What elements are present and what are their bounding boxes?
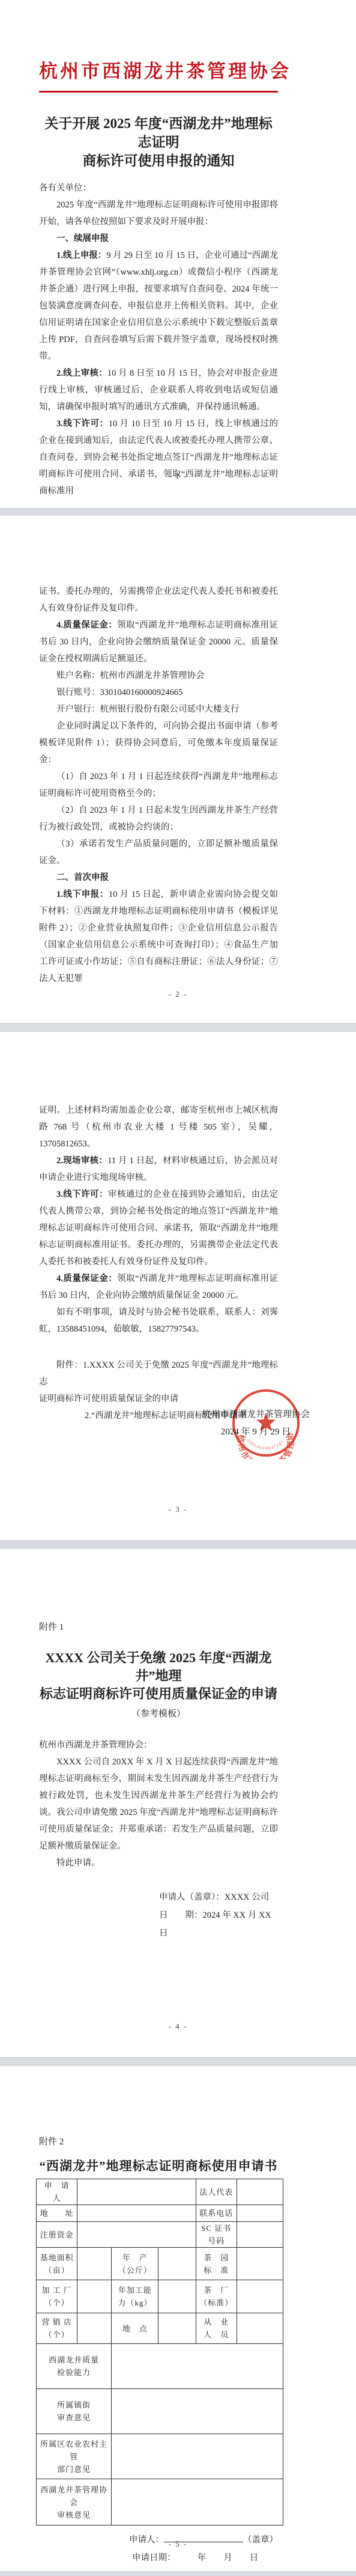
field-label-district-opinion: 所属区农业农村主管部门意见 — [37, 2434, 112, 2479]
first-time-item-2-label: 2.现场审核： — [56, 1156, 107, 1166]
official-seal: 杭州市西湖龙井茶管理协会 33010610037347 — [230, 1387, 302, 1459]
letterhead-divider — [39, 91, 278, 93]
field-value-phone — [237, 2205, 283, 2222]
field-value-factories — [77, 2280, 112, 2313]
field-label-base-area: 基地面积（亩） — [37, 2248, 77, 2280]
renewal-item-1-text: 9 月 29 日至 10 月 15 日，企业可通过“西湖龙井茶管理协会官网”（w… — [39, 251, 278, 361]
notice-title-line-2: 商标许可使用申报的通知 — [39, 151, 278, 170]
seal-number-text: 33010610037347 — [246, 1439, 285, 1451]
first-time-item-1: 1.线下申报：10 月 15 日起，新申请企业需向协会提交如下材料：①西湖龙井地… — [39, 886, 278, 987]
page-number-2: - 2 - — [0, 990, 356, 999]
field-label-factory-standard: 茶 厂（标准） — [196, 2280, 237, 2313]
field-label-quality-inspection-line2: 检验能力 — [38, 2366, 110, 2379]
attachment-1-title: XXXX 公司关于免缴 2025 年度“西湖龙井”地理 标志证明商标许可使用质量… — [39, 1649, 278, 1703]
document-page-1: 杭州市西湖龙井茶管理协会 关于开展 2025 年度“西湖龙井”地理标志证明 商标… — [0, 0, 356, 508]
form-date-line: 申请日期： 年 月 日 — [132, 2550, 278, 2566]
attachment-1-closing: 特此申请。 — [39, 1855, 278, 1871]
attachment-list-line-1: 附件：1.XXXX 公司关于免缴 2025 年度“西湖龙井”地理标志 — [39, 1357, 278, 1390]
first-time-item-4-label: 4.质量保证金： — [56, 1274, 117, 1283]
field-label-processing-capacity-line2: 力（kg） — [113, 2296, 157, 2309]
field-label-legal-rep: 法人代表 — [196, 2179, 237, 2205]
field-label-factory-standard-line2: （标准） — [198, 2296, 235, 2309]
attachment-1-body: XXXX 公司自 20XX 年 X 月 X 日起连续获得“西湖龙井”地理标志证明… — [39, 1754, 278, 1855]
section-heading-renewal: 一、续展申报 — [39, 230, 278, 247]
first-time-item-1-label: 1.线下申报： — [56, 890, 109, 899]
account-bank-line: 开户银行：杭州银行股份有限公司延中大楼支行 — [39, 701, 278, 718]
field-label-location: 地 点 — [112, 2313, 158, 2344]
page-separator — [0, 1540, 356, 1549]
renewal-item-3-label: 3.线下许可： — [56, 419, 109, 429]
field-label-employees-line2: 人 员 — [198, 2328, 235, 2341]
field-label-town-review-line1: 所属镇街 — [38, 2399, 110, 2411]
renewal-item-2: 2.线上审核：10 月 8 日至 10 月 15 日，协会对申报企业进行线上审核… — [39, 365, 278, 415]
field-label-factories-line2: （个） — [38, 2296, 76, 2309]
field-label-stores: 营 销 店（个） — [37, 2313, 77, 2344]
page-separator — [0, 2571, 356, 2576]
renewal-item-4-label: 4.质量保证金： — [56, 620, 117, 630]
table-row: 营 销 店（个） 地 点 从 业人 员 — [37, 2313, 283, 2344]
field-value-district-opinion — [112, 2434, 283, 2479]
first-time-item-4: 4.质量保证金：领取“西湖龙井”地理标志证明商标准用证书后 30 日内，企业向协… — [39, 1270, 278, 1304]
svg-text:33010610037347: 33010610037347 — [246, 1439, 285, 1451]
field-label-employees-line1: 从 业 — [198, 2316, 235, 2328]
field-label-association-review-line1: 西湖龙井茶管理协会 — [38, 2483, 110, 2509]
notice-title: 关于开展 2025 年度“西湖龙井”地理标志证明 商标许可使用申报的通知 — [39, 114, 278, 170]
contact-paragraph: 如有不明事项，请及时与协会秘书处联系，联系人：刘霁虹，13588451094，茹… — [39, 1304, 278, 1338]
field-label-district-opinion-line2: 部门意见 — [38, 2463, 110, 2476]
field-label-town-review-line2: 审查意见 — [38, 2411, 110, 2424]
table-row: 所属镇街审查意见 — [37, 2389, 283, 2434]
field-value-stores — [77, 2313, 112, 2344]
field-label-address: 地 址 — [37, 2205, 77, 2222]
field-value-employees — [237, 2313, 283, 2344]
page-separator — [0, 2057, 356, 2066]
field-value-garden-standard — [237, 2248, 283, 2280]
field-value-base-area — [77, 2248, 112, 2280]
applicant-name-line: 申请人（盖章）：XXXX 公司 — [159, 1888, 278, 1906]
attachment-1-salutation: 杭州市西湖龙井茶管理协会： — [39, 1737, 278, 1754]
page-number-1: - 1 - — [0, 471, 356, 481]
document-page-4: 附件 1 XXXX 公司关于免缴 2025 年度“西湖龙井”地理 标志证明商标许… — [0, 1549, 356, 2057]
field-value-quality-inspection — [112, 2344, 283, 2389]
field-label-base-area-line2: （亩） — [38, 2264, 76, 2277]
page-number-5: - 5 - — [0, 2539, 356, 2549]
document-page-2: 证书。委托办理的，另需携带企业法定代表人委托书和被委托人有效身份证件及复印件。 … — [0, 516, 356, 1023]
page-separator — [0, 1023, 356, 1032]
renewal-item-2-label: 2.线上审核： — [56, 369, 107, 378]
field-label-employees: 从 业人 员 — [196, 2313, 237, 2344]
waiver-condition-1: （1）自 2023 年 1 月 1 日起连续获得“西湖龙井”地理标志证明商标许可… — [39, 768, 278, 802]
letterhead-title: 杭州市西湖龙井茶管理协会 — [39, 0, 278, 83]
field-label-phone: 联系电话 — [196, 2205, 237, 2222]
page-number-4: - 4 - — [0, 2022, 356, 2031]
seal-star-icon — [256, 1413, 276, 1431]
account-number-line: 银行账号：3301040160000924665 — [39, 684, 278, 701]
table-row: 西湖龙井质量检验能力 — [37, 2344, 283, 2389]
table-row: 注册资金 SC 证书号码 — [37, 2222, 283, 2248]
document-page-3: 证明。上述材料均需加盖企业公章，邮寄至杭州市上城区杭海路 768 号（杭州市农业… — [0, 1032, 356, 1540]
field-label-annual-yield: 年 产（公斤） — [112, 2248, 158, 2280]
page-separator — [0, 508, 356, 516]
field-label-factories: 加 工 厂（个） — [37, 2280, 77, 2313]
table-row: 西湖龙井茶管理协会审核意见 — [37, 2479, 283, 2526]
field-label-garden-standard-line1: 茶 园 — [198, 2251, 235, 2264]
application-form-title: “西湖龙井”地理标志证明商标使用申请书 — [39, 2156, 278, 2174]
first-time-item-3-label: 3.线下许可： — [56, 1190, 108, 1199]
field-value-town-review — [112, 2389, 283, 2434]
attachment-label: 附件： — [56, 1360, 83, 1370]
notice-title-line-1: 关于开展 2025 年度“西湖龙井”地理标志证明 — [39, 114, 278, 151]
first-time-item-3: 3.线下许可：审核通过的企业在接到协会通知后，由法定代表人携带公章，到协会秘书处… — [39, 1186, 278, 1270]
field-value-registered-capital — [77, 2222, 196, 2248]
field-value-annual-yield — [158, 2248, 196, 2280]
field-label-annual-yield-line1: 年 产 — [113, 2251, 157, 2264]
field-value-processing-capacity — [158, 2280, 196, 2313]
account-name-line: 账户名称：杭州市西湖龙井茶管理协会 — [39, 667, 278, 684]
first-time-item-2: 2.现场审核：11 月 1 日起，材料审核通过后，协会派员对申请企业进行实地现场… — [39, 1152, 278, 1186]
field-label-quality-inspection: 西湖龙井质量检验能力 — [37, 2344, 112, 2389]
attachment-1-label: 附件 1 — [39, 1619, 278, 1636]
field-label-town-review: 所属镇街审查意见 — [37, 2389, 112, 2434]
field-label-applicant: 申 请 人 — [37, 2179, 77, 2205]
applicant-date-line: 日 期：2024 年 XX 月 XX 日 — [159, 1906, 278, 1942]
application-form-table: 申 请 人 法人代表 地 址 联系电话 注册资金 SC 证书号码 基地面积（亩） — [36, 2179, 283, 2526]
field-label-base-area-line1: 基地面积 — [38, 2251, 76, 2264]
field-label-factory-standard-line1: 茶 厂 — [198, 2284, 235, 2296]
section-heading-first-time: 二、首次申报 — [39, 869, 278, 886]
document-page-5: 附件 2 “西湖龙井”地理标志证明商标使用申请书 申 请 人 法人代表 地 址 … — [0, 2066, 356, 2571]
field-label-stores-line1: 营 销 店 — [38, 2316, 76, 2328]
salutation: 各有关单位： — [39, 180, 278, 197]
field-label-processing-capacity-line1: 年加工能 — [113, 2284, 157, 2296]
attachment-1-title-line-2: 标志证明商标许可使用质量保证金的申请 — [39, 1685, 278, 1703]
table-row: 所属区农业农村主管部门意见 — [37, 2434, 283, 2479]
intro-paragraph: 2025 年度“西湖龙井”地理标志证明商标许可使用申报即将开始，请各单位按照如下… — [39, 197, 278, 230]
renewal-item-3: 3.线下许可：10 月 10 日至 10 月 15 日，线上审核通过的企业在接到… — [39, 415, 278, 500]
field-label-garden-standard: 茶 园标 准 — [196, 2248, 237, 2280]
field-label-district-opinion-line1: 所属区农业农村主管 — [38, 2438, 110, 2463]
field-label-stores-line2: （个） — [38, 2328, 76, 2341]
table-row: 地 址 联系电话 — [37, 2205, 283, 2222]
field-value-association-review — [112, 2479, 283, 2526]
field-label-annual-yield-line2: （公斤） — [113, 2264, 157, 2277]
waiver-intro: 企业同时满足以下条件的，可向协会提出书面申请（参考模板详见附件 1）；获得协会同… — [39, 718, 278, 768]
renewal-item-1: 1.线上申报：9 月 29 日至 10 月 15 日，企业可通过“西湖龙井茶管理… — [39, 247, 278, 365]
first-time-item-3-text: 审核通过的企业在接到协会通知后，由法定代表人携带公章，到协会秘书处指定的地点签订… — [39, 1190, 278, 1267]
page-number-3: - 3 - — [0, 1505, 356, 1514]
field-value-sc-certificate — [237, 2222, 283, 2248]
waiver-condition-2: （2）自 2023 年 1 月 1 日起未发生因西湖龙井茶生产经营行为被行政处罚… — [39, 802, 278, 836]
field-label-association-review: 西湖龙井茶管理协会审核意见 — [37, 2479, 112, 2526]
renewal-item-3-text: 10 月 10 日至 10 月 15 日，线上审核通过的企业在接到通知后，由法定… — [39, 419, 278, 496]
attachment-1-title-line-1: XXXX 公司关于免缴 2025 年度“西湖龙井”地理 — [39, 1649, 278, 1685]
attachment-2-label: 附件 2 — [39, 2134, 278, 2150]
field-label-garden-standard-line2: 标 准 — [198, 2264, 235, 2277]
field-label-association-review-line2: 审核意见 — [38, 2509, 110, 2521]
field-label-processing-capacity: 年加工能力（kg） — [112, 2280, 158, 2313]
first-time-item-1-text: 10 月 15 日起，新申请企业需向协会提交如下材料：①西湖龙井地理标志证明商标… — [39, 890, 278, 984]
field-label-factories-line1: 加 工 厂 — [38, 2284, 76, 2296]
continuation-paragraph: 证书。委托办理的，另需携带企业法定代表人委托书和被委托人有效身份证件及复印件。 — [39, 583, 278, 617]
table-row: 加 工 厂（个） 年加工能力（kg） 茶 厂（标准） — [37, 2280, 283, 2313]
waiver-condition-3: （3）承诺若发生产品质量问题的，立即足额补缴质量保证金。 — [39, 836, 278, 869]
field-value-address — [77, 2205, 196, 2222]
attachment-1-subtitle: （参考模板） — [39, 1706, 278, 1722]
applicant-signature-block: 申请人（盖章）：XXXX 公司 日 期：2024 年 XX 月 XX 日 — [159, 1888, 278, 1942]
field-value-location — [158, 2313, 196, 2344]
field-value-factory-standard — [237, 2280, 283, 2313]
field-label-quality-inspection-line1: 西湖龙井质量 — [38, 2354, 110, 2366]
field-label-registered-capital: 注册资金 — [37, 2222, 77, 2248]
renewal-item-1-label: 1.线上申报： — [56, 251, 106, 260]
table-row: 申 请 人 法人代表 — [37, 2179, 283, 2205]
renewal-item-4: 4.质量保证金：领取“西湖龙井”地理标志证明商标准用证书后 30 日内，企业向协… — [39, 617, 278, 667]
field-value-legal-rep — [237, 2179, 283, 2205]
field-label-sc-certificate: SC 证书号码 — [196, 2222, 237, 2248]
table-row: 基地面积（亩） 年 产（公斤） 茶 园标 准 — [37, 2248, 283, 2280]
continuation-paragraph: 证明。上述材料均需加盖企业公章，邮寄至杭州市上城区杭海路 768 号（杭州市农业… — [39, 1102, 278, 1152]
field-value-applicant — [77, 2179, 196, 2205]
